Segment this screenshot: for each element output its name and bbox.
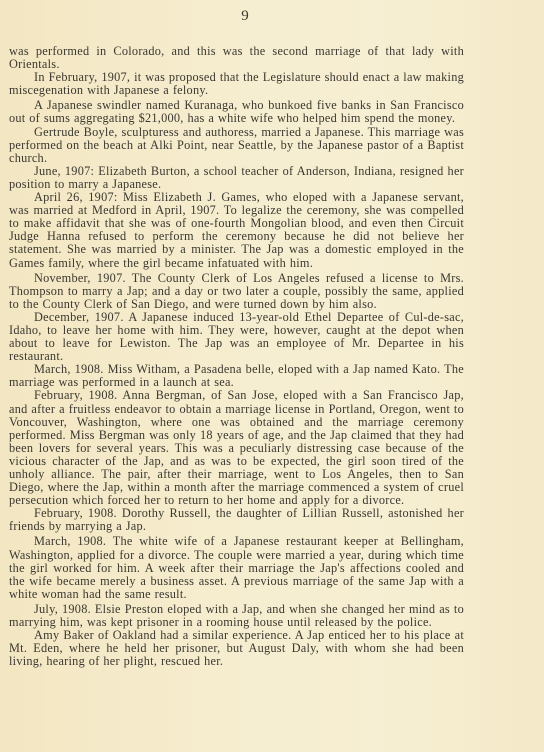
paragraph: In February, 1907, it was proposed that … [9,71,464,97]
paragraph: March, 1908. The white wife of a Japanes… [9,535,464,600]
paragraph: Amy Baker of Oakland had a similar exper… [9,629,464,668]
page-number: 9 [0,8,490,25]
paragraph: July, 1908. Elsie Preston eloped with a … [9,603,464,629]
paragraph: was performed in Colorado, and this was … [9,45,464,71]
body-text: was performed in Colorado, and this was … [9,45,464,668]
paragraph: A Japanese swindler named Kuranaga, who … [9,99,464,125]
paragraph: December, 1907. A Japanese induced 13-ye… [9,311,464,363]
paragraph: June, 1907: Elizabeth Burton, a school t… [9,165,464,191]
paragraph: Gertrude Boyle, sculpturess and authores… [9,126,464,165]
paragraph: February, 1908. Anna Bergman, of San Jos… [9,389,464,507]
document-page: 9 was performed in Colorado, and this wa… [0,0,544,752]
paragraph: February, 1908. Dorothy Russell, the dau… [9,507,464,533]
paragraph: March, 1908. Miss Witham, a Pasadena bel… [9,363,464,389]
paragraph: April 26, 1907: Miss Elizabeth J. Games,… [9,191,464,270]
paragraph: November, 1907. The County Clerk of Los … [9,272,464,311]
